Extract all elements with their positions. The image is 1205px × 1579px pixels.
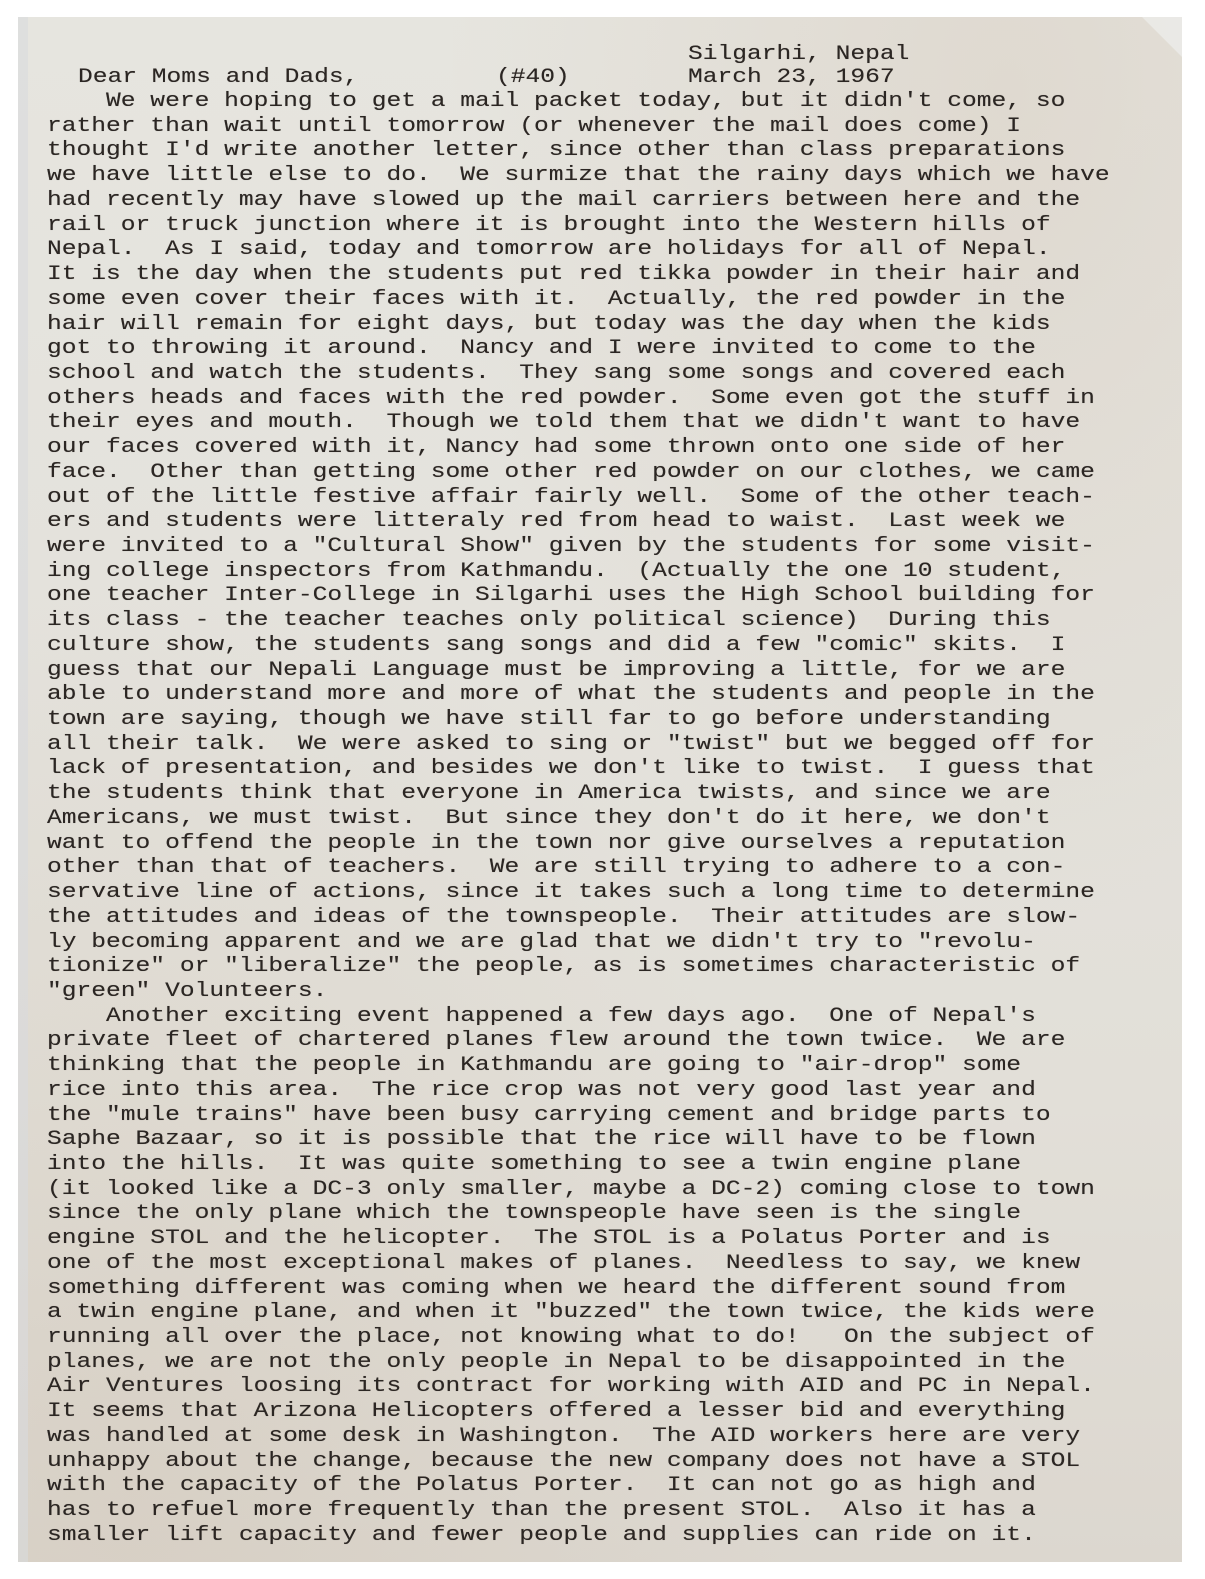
body-line: hair will remain for eight days, but tod…: [47, 315, 1051, 335]
body-line: (it looked like a DC-3 only smaller, may…: [47, 1180, 1095, 1200]
body-line: running all over the place, not knowing …: [47, 1328, 1095, 1348]
body-line: rather than wait until tomorrow (or when…: [47, 117, 1021, 137]
body-line: Another exciting event happened a few da…: [47, 1007, 1036, 1027]
body-line: tionize" or "liberalize" the people, as …: [47, 957, 1080, 977]
body-line: "green" Volunteers.: [47, 982, 327, 1002]
body-line: all their talk. We were asked to sing or…: [47, 735, 1095, 755]
body-line: other than that of teachers. We are stil…: [47, 858, 1065, 878]
letter-place: Silgarhi, Nepal: [688, 45, 909, 65]
body-line: Saphe Bazaar, so it is possible that the…: [47, 1130, 1036, 1150]
body-line: thinking that the people in Kathmandu ar…: [47, 1056, 1021, 1076]
body-line: It is the day when the students put red …: [47, 265, 1080, 285]
body-line: Americans, we must twist. But since they…: [47, 809, 1051, 829]
page-edge-shadow: [18, 17, 28, 1562]
body-line: one of the most exceptional makes of pla…: [47, 1254, 1080, 1274]
body-line: able to understand more and more of what…: [47, 685, 1095, 705]
body-line: lack of presentation, and besides we don…: [47, 759, 1095, 779]
body-line: something different was coming when we h…: [47, 1279, 1065, 1299]
body-line: its class - the teacher teaches only pol…: [47, 611, 1051, 631]
letter-salutation: Dear Moms and Dads,: [78, 68, 358, 88]
body-line: was handled at some desk in Washington. …: [47, 1427, 1080, 1447]
body-line: Air Ventures loosing its contract for wo…: [47, 1377, 1095, 1397]
body-line: the "mule trains" have been busy carryin…: [47, 1106, 1051, 1126]
body-line: thought I'd write another letter, since …: [47, 141, 1065, 161]
body-line: planes, we are not the only people in Ne…: [47, 1353, 1065, 1373]
body-line: their eyes and mouth. Though we told the…: [47, 413, 1080, 433]
body-line: we have little else to do. We surmize th…: [47, 166, 1110, 186]
body-line: engine STOL and the helicopter. The STOL…: [47, 1229, 1051, 1249]
body-line: has to refuel more frequently than the p…: [47, 1501, 1036, 1521]
body-line: Nepal. As I said, today and tomorrow are…: [47, 240, 1051, 260]
body-line: the attitudes and ideas of the townspeop…: [47, 908, 1080, 928]
letter-page: Silgarhi, Nepal Dear Moms and Dads, (#40…: [18, 17, 1182, 1562]
body-line: unhappy about the change, because the ne…: [47, 1452, 1080, 1472]
letter-date: March 23, 1967: [688, 68, 895, 88]
body-line: culture show, the students sang songs an…: [47, 636, 1065, 656]
body-line: rail or truck junction where it is broug…: [47, 216, 1051, 236]
letter-number: (#40): [496, 68, 570, 88]
page-corner-fold: [1142, 17, 1182, 57]
body-line: others heads and faces with the red powd…: [47, 389, 1095, 409]
body-line: guess that our Nepali Language must be i…: [47, 661, 1065, 681]
body-line: smaller lift capacity and fewer people a…: [47, 1526, 1036, 1546]
body-line: with the capacity of the Polatus Porter.…: [47, 1476, 1036, 1496]
body-line: ly becoming apparent and we are glad tha…: [47, 933, 1036, 953]
body-line: ers and students were litteraly red from…: [47, 512, 1065, 532]
body-line: one teacher Inter-College in Silgarhi us…: [47, 586, 1095, 606]
body-line: rice into this area. The rice crop was n…: [47, 1081, 1036, 1101]
body-line: some even cover their faces with it. Act…: [47, 290, 1065, 310]
body-line: our faces covered with it, Nancy had som…: [47, 438, 1065, 458]
body-line: ing college inspectors from Kathmandu. (…: [47, 562, 1065, 582]
body-line: town are saying, though we have still fa…: [47, 710, 1051, 730]
body-line: want to offend the people in the town no…: [47, 834, 1065, 854]
body-line: had recently may have slowed up the mail…: [47, 191, 1080, 211]
body-line: We were hoping to get a mail packet toda…: [47, 92, 1065, 112]
body-line: private fleet of chartered planes flew a…: [47, 1031, 1065, 1051]
body-line: since the only plane which the townspeop…: [47, 1204, 1021, 1224]
body-line: into the hills. It was quite something t…: [47, 1155, 1021, 1175]
body-line: school and watch the students. They sang…: [47, 364, 1065, 384]
body-line: got to throwing it around. Nancy and I w…: [47, 339, 1036, 359]
body-line: a twin engine plane, and when it "buzzed…: [47, 1303, 1095, 1323]
body-line: out of the little festive affair fairly …: [47, 488, 1095, 508]
body-line: face. Other than getting some other red …: [47, 463, 1095, 483]
body-line: were invited to a "Cultural Show" given …: [47, 537, 1095, 557]
body-line: It seems that Arizona Helicopters offere…: [47, 1402, 1065, 1422]
body-line: servative line of actions, since it take…: [47, 883, 1095, 903]
body-line: the students think that everyone in Amer…: [47, 784, 1051, 804]
